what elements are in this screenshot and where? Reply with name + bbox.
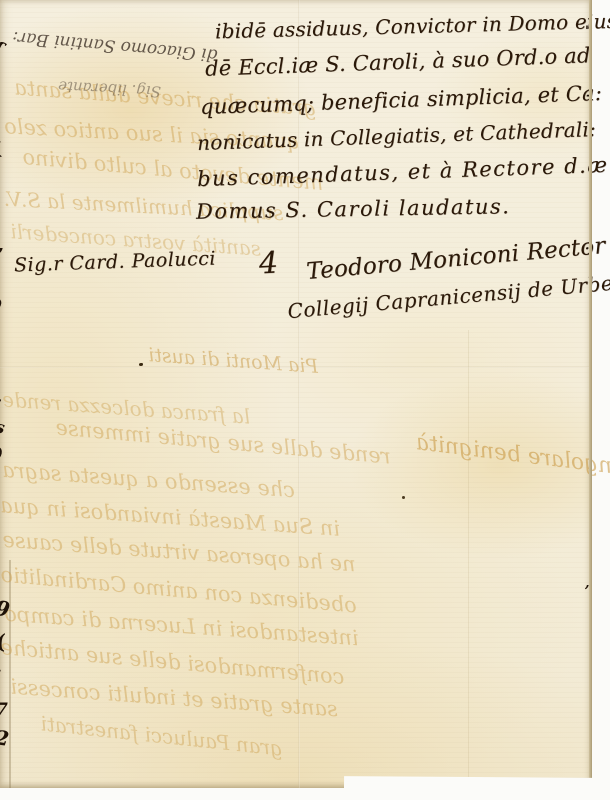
paper-bottom-edge-step: [344, 776, 592, 800]
edge-ink-mark: 7: [0, 700, 8, 720]
edge-ink-mark: ): [0, 444, 3, 462]
vertical-fold-crease: [468, 330, 469, 788]
ink-speck: [139, 363, 143, 366]
edge-ink-mark: :: [0, 556, 1, 577]
ink-speck: [402, 496, 405, 499]
paper-right-edge: [589, 0, 592, 788]
edge-ink-mark: :: [0, 392, 2, 411]
edge-ink-mark: ,: [0, 232, 4, 256]
page-number: 4: [258, 246, 279, 282]
scanned-manuscript-page: gratia che riceve dalla santa quanto sia…: [0, 0, 610, 800]
edge-ink-mark: :: [0, 662, 2, 683]
